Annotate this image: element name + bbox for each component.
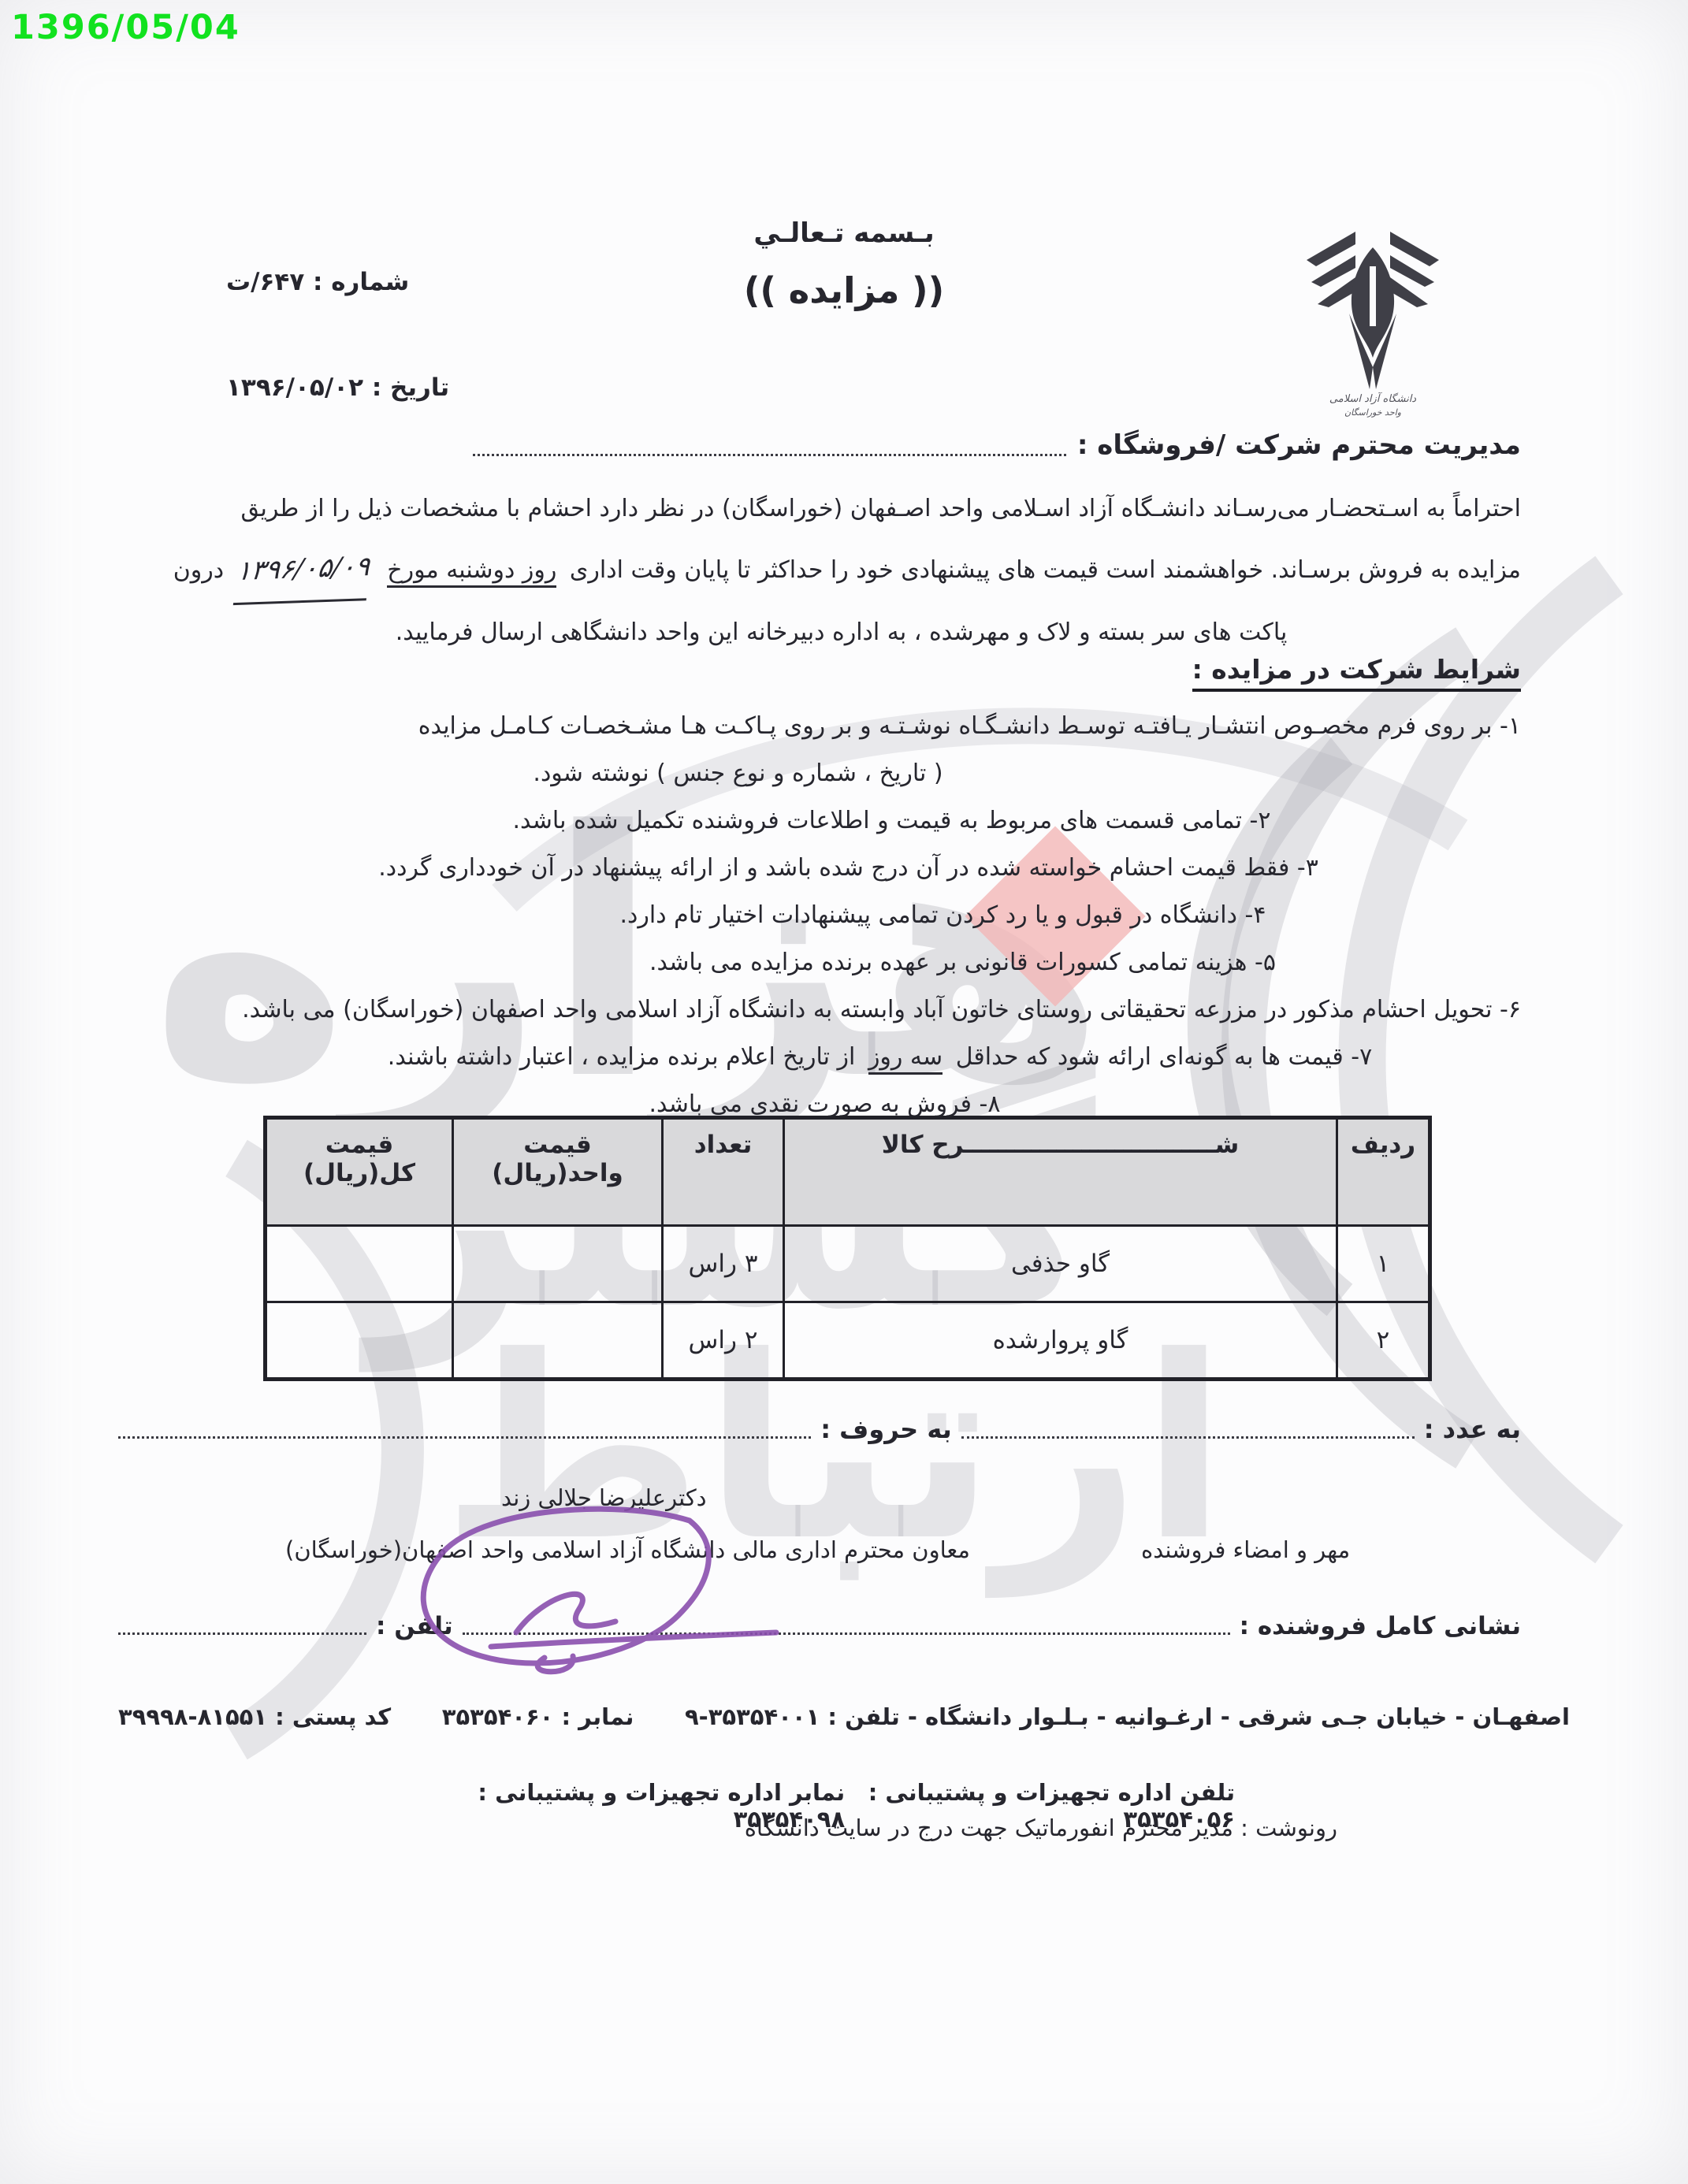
table-row: ۲ گاو پروارشده ۲ راس — [266, 1302, 1430, 1380]
amount-in-words-label: به حروف : — [820, 1414, 952, 1444]
azad-university-logo: دانشگاه آزاد اسلامی واحد خوراسگان — [1294, 221, 1452, 418]
logo-caption-1: دانشگاه آزاد اسلامی — [1329, 392, 1416, 405]
condition-item-3: ۳- فقط قیمت احشام خواسته شده در آن درج ش… — [169, 845, 1528, 892]
amount-in-words-blank — [118, 1432, 811, 1439]
description-cell: گاو حذفی — [784, 1226, 1337, 1302]
condition-item-2: ۲- تمامی قسمت های مربوط به قیمت و اطلاعا… — [212, 797, 1571, 845]
conditions-list: ۱- بر روی فرم مخصـوص انتشـار یـافتـه توس… — [162, 703, 1521, 1128]
letter-number-label: شماره : — [313, 268, 409, 296]
footer-contact-line: اصفهـان - خیابان جـی شرقی - ارغـوانیه - … — [118, 1703, 1570, 1730]
intro-line-2-tail: درون — [173, 556, 224, 584]
footer-address-and-phone: اصفهـان - خیابان جـی شرقی - ارغـوانیه - … — [685, 1703, 1570, 1730]
unit-price-cell — [453, 1226, 663, 1302]
description-cell: گاو پروارشده — [784, 1302, 1337, 1380]
condition-item-5: ۵- هزینه تمامی کسورات قانونی بر عهده برن… — [283, 939, 1642, 986]
condition-item-7-tail: از تاریخ اعلام برنده مزایده ، اعتبار داش… — [388, 1043, 856, 1071]
auction-items-table: ردیف شــــــــــــــــــــــــــــــرح ک… — [263, 1116, 1432, 1381]
col-header-row-number: ردیف — [1337, 1118, 1430, 1226]
total-price-cell — [266, 1302, 453, 1380]
footer-fax: نمابر : ۳۵۳۵۴۰۶۰ — [442, 1703, 634, 1730]
scanned-auction-letter: هزاره گستر ارتباط 1396/05/04 بـسمه تـعال… — [0, 0, 1688, 2184]
condition-item-6: ۶- تحویل احشام مذکور در مزرعه تحقیقاتی ر… — [162, 986, 1521, 1034]
condition-item-1b: ( تاریخ ، شماره و نوع جنس ) نوشته شود. — [58, 750, 1418, 797]
logo-caption-2: واحد خوراسگان — [1344, 407, 1401, 418]
unit-price-cell — [453, 1302, 663, 1380]
letter-date-label: تاریخ : — [372, 373, 449, 402]
col-header-description: شــــــــــــــــــــــــــــــرح کالا — [784, 1118, 1337, 1226]
letter-number-value: ۶۴۷/ت — [226, 268, 304, 296]
deadline-day-underlined: روز دوشنبه مورخ — [387, 556, 556, 588]
letter-number: شماره : ۶۴۷/ت — [226, 268, 409, 296]
intro-line-2-text: مزایده به فروش برسـاند. خواهشمند است قیم… — [570, 556, 1521, 584]
addressee-label: مدیریت محترم شرکت /فروشگاه : — [1077, 429, 1521, 461]
row-number-cell: ۱ — [1337, 1226, 1430, 1302]
amount-in-digits-label: به عدد : — [1424, 1414, 1521, 1444]
three-days-underlined: سه روز — [868, 1043, 943, 1075]
quantity-cell: ۳ راس — [663, 1226, 784, 1302]
carbon-copy-line: رونوشت : مدیر محترم انفورماتیک جهت درج د… — [745, 1814, 1337, 1841]
col-header-total-price: قیمت کل(ریال) — [266, 1118, 453, 1226]
row-number-cell: ۲ — [1337, 1302, 1430, 1380]
footer-postal-code: کد پستی : ۸۱۵۵۱-۳۹۹۹۸ — [118, 1703, 391, 1730]
amount-in-digits-blank — [961, 1432, 1415, 1439]
addressee-line: مدیریت محترم شرکت /فروشگاه : — [473, 429, 1521, 461]
seal-and-signature-label: مهر و امضاء فروشنده — [1141, 1536, 1350, 1563]
col-header-quantity: تعداد — [663, 1118, 784, 1226]
addressee-blank-line — [473, 449, 1066, 456]
letter-date-value: ۱۳۹۶/۰۵/۰۲ — [226, 373, 363, 402]
seller-address-label: نشانی کامل فروشنده : — [1240, 1612, 1521, 1640]
intro-line-2: مزایده به فروش برسـاند. خواهشمند است قیم… — [162, 539, 1521, 603]
scan-timestamp: 1396/05/04 — [11, 8, 240, 47]
seller-phone-blank — [118, 1628, 366, 1635]
condition-item-1: ۱- بر روی فرم مخصـوص انتشـار یـافتـه توس… — [162, 703, 1521, 750]
col-header-unit-price: قیمت واحد(ریال) — [453, 1118, 663, 1226]
letter-date: تاریخ : ۱۳۹۶/۰۵/۰۲ — [226, 373, 449, 402]
intro-paragraph: احتراماً به اسـتحضـار می‌رسـاند دانشـگاه… — [162, 479, 1521, 663]
condition-item-4: ۴- دانشگاه در قبول و یا رد کردن تمامی پی… — [263, 892, 1623, 939]
intro-line-1: احتراماً به اسـتحضـار می‌رسـاند دانشـگاه… — [162, 479, 1521, 539]
condition-item-7-text: ۷- قیمت ها به گونه‌ای ارائه شود که حداقل — [956, 1043, 1373, 1071]
conditions-heading: شرایط شرکت در مزایده : — [1192, 654, 1521, 692]
condition-item-7: ۷- قیمت ها به گونه‌ای ارائه شود که حداقل… — [200, 1034, 1560, 1081]
deadline-date-handwritten: ۱۳۹۶/۰۵/۰۹ — [232, 537, 372, 605]
handwritten-signature-ink — [398, 1497, 824, 1694]
table-header-row: ردیف شــــــــــــــــــــــــــــــرح ک… — [266, 1118, 1430, 1226]
table-row: ۱ گاو حذفی ۳ راس — [266, 1226, 1430, 1302]
quantity-cell: ۲ راس — [663, 1302, 784, 1380]
auction-items-table-wrap: ردیف شــــــــــــــــــــــــــــــرح ک… — [263, 1116, 1428, 1381]
amount-line: به عدد : به حروف : — [118, 1414, 1521, 1444]
total-price-cell — [266, 1226, 453, 1302]
